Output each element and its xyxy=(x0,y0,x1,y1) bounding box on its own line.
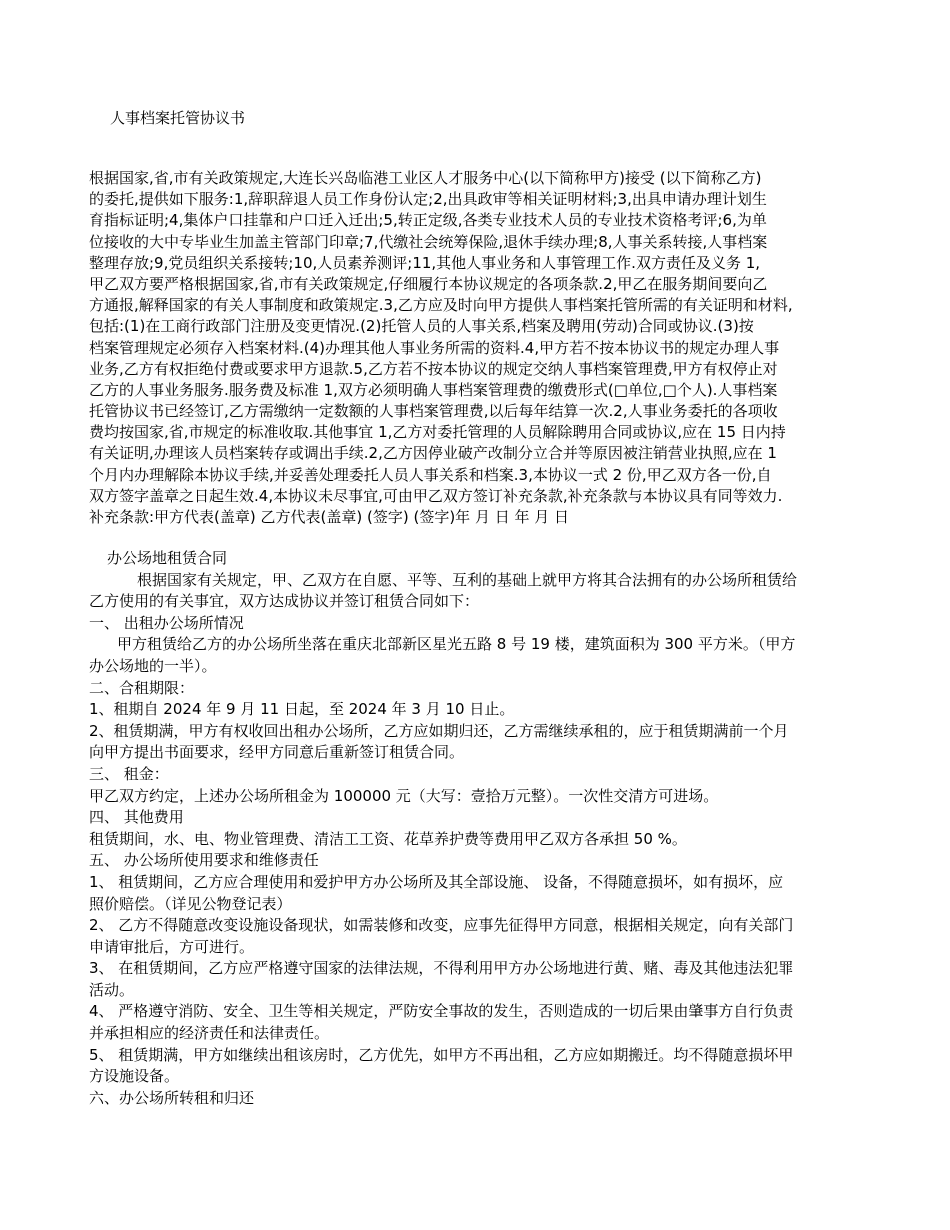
lease-line: 办公场地的一半）。 xyxy=(89,656,869,678)
lease-line: 4、 严格遵守消防、安全、卫生等相关规定，严防安全事故的发生，否则造成的一切后果… xyxy=(89,1001,869,1023)
agreement-line: 双方签字盖章之日起生效.4,本协议未尽事宜,可由甲乙双方签订补充条款,补充条款与… xyxy=(89,486,869,507)
section-heading: 三、 租金： xyxy=(89,764,869,786)
lease-line: 并承担相应的经济责任和法律责任。 xyxy=(89,1023,869,1045)
agreement-line: 有关证明,办理该人员档案转存或调出手续.2,乙方因停业破产改制分立合并等原因被注… xyxy=(89,443,869,464)
agreement-line: 位接收的大中专毕业生加盖主管部门印章;7,代缴社会统筹保险,退休手续办理;8,人… xyxy=(89,232,869,253)
agreement-line: 方通报,解释国家的有关人事制度和政策规定.3,乙方应及时向甲方提供人事档案托管所… xyxy=(89,295,869,316)
lease-line: 向甲方提出书面要求，经甲方同意后重新签订租赁合同。 xyxy=(89,742,869,764)
agreement-line: 托管协议书已经签订,乙方需缴纳一定数额的人事档案管理费,以后每年结算一次.2,人… xyxy=(89,401,869,422)
lease-line: 活动。 xyxy=(89,980,869,1002)
agreement-line: 个月内办理解除本协议手续,并妥善处理委托人员人事关系和档案.3,本协议一式 2 … xyxy=(89,465,869,486)
agreement-line: 乙方的人事业务服务.服务费及标准 1,双方必须明确人事档案管理费的缴费形式(□单… xyxy=(89,380,869,401)
lease-line: 3、 在租赁期间，乙方应严格遵守国家的法律法规，不得利用甲方办公场地进行黄、赌、… xyxy=(89,958,869,980)
agreement-body: 根据国家,省,市有关政策规定,大连长兴岛临港工业区人才服务中心(以下简称甲方)接… xyxy=(89,168,869,528)
lease-line: 5、 租赁期满，甲方如继续出租该房时，乙方优先，如甲方不再出租，乙方应如期搬迁。… xyxy=(89,1045,869,1067)
lease-line: 1、租期自 2024 年 9 月 11 日起，至 2024 年 3 月 10 日… xyxy=(89,699,869,721)
section-heading: 二、合租期限： xyxy=(89,678,869,700)
section-heading: 一、 出租办公场所情况 xyxy=(89,613,869,635)
section-heading: 五、 办公场所使用要求和维修责任 xyxy=(89,850,869,872)
agreement-line: 包括:(1)在工商行政部门注册及变更情况.(2)托管人员的人事关系,档案及聘用(… xyxy=(89,316,869,337)
document-page: 人事档案托管协议书 根据国家,省,市有关政策规定,大连长兴岛临港工业区人才服务中… xyxy=(0,0,950,1230)
lease-line: 1、 租赁期间，乙方应合理使用和爱护甲方办公场所及其全部设施、 设备，不得随意损… xyxy=(89,872,869,894)
lease-line: 照价赔偿。（详见公物登记表） xyxy=(89,894,869,916)
section-heading: 六、办公场所转租和归还 xyxy=(89,1088,869,1110)
agreement-line: 根据国家,省,市有关政策规定,大连长兴岛临港工业区人才服务中心(以下简称甲方)接… xyxy=(89,168,869,189)
lease-line: 租赁期间，水、电、物业管理费、清洁工工资、花草养护费等费用甲乙双方各承担 50 … xyxy=(89,829,869,851)
section-heading: 四、 其他费用 xyxy=(89,807,869,829)
agreement-line: 整理存放;9,党员组织关系接转;10,人员素养测评;11,其他人事业务和人事管理… xyxy=(89,253,869,274)
agreement-line: 甲乙双方要严格根据国家,省,市有关政策规定,仔细履行本协议规定的各项条款.2,甲… xyxy=(89,274,869,295)
agreement-line: 业务,乙方有权拒绝付费或要求甲方退款.5,乙方若不按本协议的规定交纳人事档案管理… xyxy=(89,359,869,380)
lease-line: 2、 乙方不得随意改变设施设备现状，如需装修和改变，应事先征得甲方同意，根据相关… xyxy=(89,915,869,937)
lease-line: 乙方使用的有关事宜，双方达成协议并签订租赁合同如下： xyxy=(89,591,869,613)
agreement-line: 档案管理规定必须存入档案材料.(4)办理其他人事业务所需的资料.4,甲方若不按本… xyxy=(89,338,869,359)
lease-line: 甲方租赁给乙方的办公场所坐落在重庆北部新区星光五路 8 号 19 楼，建筑面积为… xyxy=(89,634,869,656)
lease-line: 2、租赁期满，甲方有权收回出租办公场所，乙方应如期归还，乙方需继续承租的，应于租… xyxy=(89,721,869,743)
agreement-title: 人事档案托管协议书 xyxy=(110,108,245,128)
agreement-line: 育指标证明;4,集体户口挂靠和户口迁入迁出;5,转正定级,各类专业技术人员的专业… xyxy=(89,210,869,231)
lease-line: 申请审批后，方可进行。 xyxy=(89,937,869,959)
agreement-line: 费均按国家,省,市规定的标准收取.其他事宜 1,乙方对委托管理的人员解除聘用合同… xyxy=(89,422,869,443)
agreement-line: 的委托,提供如下服务:1,辞职辞退人员工作身份认定;2,出具政审等相关证明材料;… xyxy=(89,189,869,210)
lease-line: 甲乙双方约定，上述办公场所租金为 100000 元（大写：壹拾万元整）。一次性交… xyxy=(89,786,869,808)
lease-line: 根据国家有关规定，甲、乙双方在自愿、平等、互利的基础上就甲方将其合法拥有的办公场… xyxy=(89,570,869,592)
signature-line: 补充条款:甲方代表(盖章) 乙方代表(盖章) (签字) (签字)年 月 日 年 … xyxy=(89,507,869,528)
lease-line: 方设施设备。 xyxy=(89,1066,869,1088)
lease-contract: 办公场地租赁合同 根据国家有关规定，甲、乙双方在自愿、平等、互利的基础上就甲方将… xyxy=(89,548,869,1109)
lease-title: 办公场地租赁合同 xyxy=(89,548,869,570)
